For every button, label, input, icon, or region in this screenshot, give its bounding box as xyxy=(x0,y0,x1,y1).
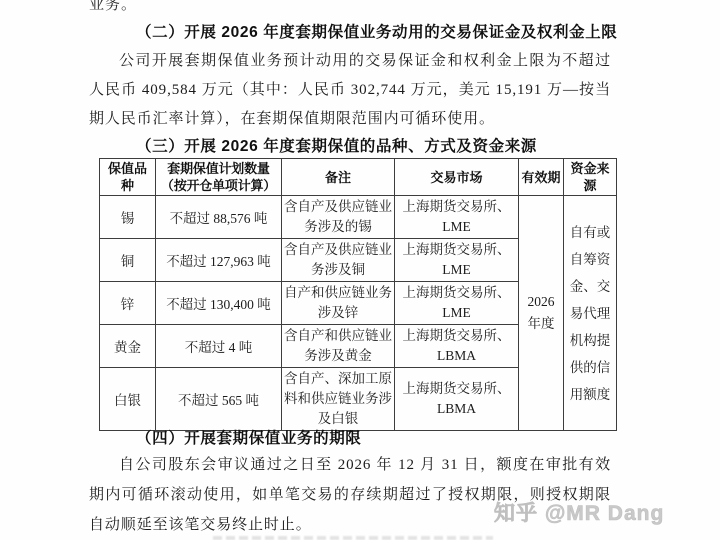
cell-market: 上海期货交易所、LME xyxy=(395,239,519,282)
cell-validity-period: 2026 年度 xyxy=(519,196,564,431)
cell-variety: 锌 xyxy=(100,282,156,325)
col-header-quantity: 套期保值计划数量（按开仓单项计算） xyxy=(156,159,282,196)
cell-variety: 铜 xyxy=(100,239,156,282)
cell-note: 含自产及供应链业务涉及铜 xyxy=(282,239,395,282)
col-header-funding: 资金来源 xyxy=(564,159,617,196)
top-cutoff-text-content: 业务。 xyxy=(89,0,137,13)
cell-quantity: 不超过 88,576 吨 xyxy=(156,196,282,239)
cell-quantity: 不超过 130,400 吨 xyxy=(156,282,282,325)
cell-market: 上海期货交易所、LME xyxy=(395,282,519,325)
table-header-row: 保值品种 套期保值计划数量（按开仓单项计算） 备注 交易市场 有效期 资金来源 xyxy=(100,159,617,196)
cell-variety: 黄金 xyxy=(100,325,156,368)
col-header-validity: 有效期 xyxy=(519,159,564,196)
table-row-tin: 锡 不超过 88,576 吨 含自产及供应链业务涉及的锡 上海期货交易所、LME… xyxy=(100,196,617,239)
cell-quantity: 不超过 565 吨 xyxy=(156,368,282,431)
cell-note: 含自产、深加工原料和供应链业务涉及白银 xyxy=(282,368,395,431)
cell-variety: 锡 xyxy=(100,196,156,239)
col-header-note: 备注 xyxy=(282,159,395,196)
hedging-plan-table: 保值品种 套期保值计划数量（按开仓单项计算） 备注 交易市场 有效期 资金来源 … xyxy=(99,158,617,431)
document-page: 业务。 （二）开展 2026 年度套期保值业务动用的交易保证金及权利金上限 公司… xyxy=(0,0,720,540)
cell-market: 上海期货交易所、LME xyxy=(395,196,519,239)
section-heading-variety-source: （三）开展 2026 年度套期保值的品种、方式及资金来源 xyxy=(136,134,537,156)
cell-market: 上海期货交易所、LBMA xyxy=(395,325,519,368)
cell-market: 上海期货交易所、LBMA xyxy=(395,368,519,431)
cell-variety: 白银 xyxy=(100,368,156,431)
col-header-variety: 保值品种 xyxy=(100,159,156,196)
watermark: 知乎 @MR Dang xyxy=(494,497,664,527)
cell-quantity: 不超过 4 吨 xyxy=(156,325,282,368)
section-heading-margin-limit: （二）开展 2026 年度套期保值业务动用的交易保证金及权利金上限 xyxy=(136,20,617,42)
cell-note: 自产和供应链业务涉及锌 xyxy=(282,282,395,325)
paragraph-margin-limit: 公司开展套期保值业务预计动用的交易保证金和权利金上限为不超过人民币 409,58… xyxy=(89,47,611,134)
bottom-cutoff-line xyxy=(213,536,493,540)
cell-note: 含自产和供应链业务涉及黄金 xyxy=(282,325,395,368)
cell-quantity: 不超过 127,963 吨 xyxy=(156,239,282,282)
top-cutoff-text: 业务。 xyxy=(89,0,137,13)
col-header-market: 交易市场 xyxy=(395,159,519,196)
section-heading-duration: （四）开展套期保值业务的期限 xyxy=(136,426,361,448)
cell-funding-source: 自有或自筹资金、交易代理机构提供的信用额度 xyxy=(564,196,617,431)
cell-note: 含自产及供应链业务涉及的锡 xyxy=(282,196,395,239)
